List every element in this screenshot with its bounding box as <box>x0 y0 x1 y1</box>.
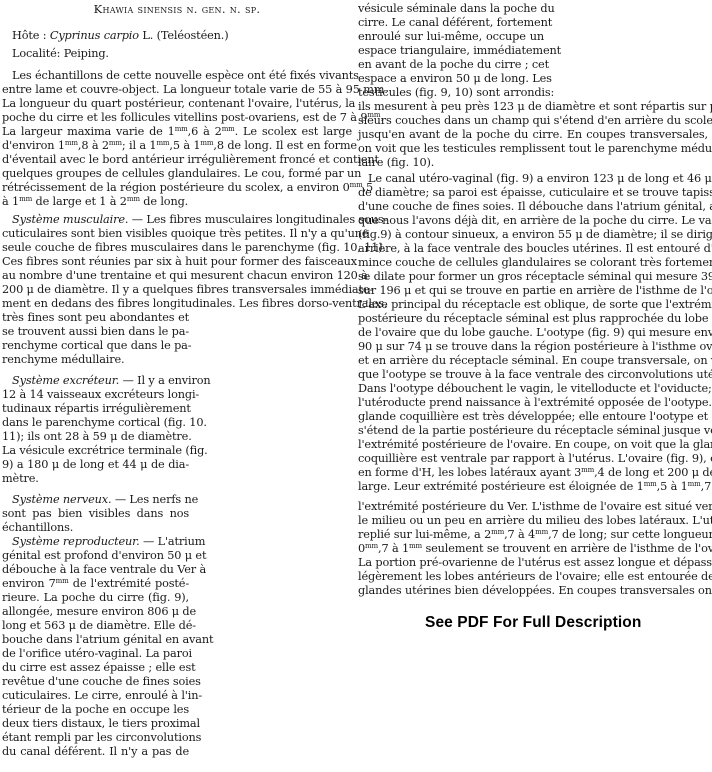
text-line: légèrement les lobes antérieurs de l'ova… <box>358 570 708 584</box>
text-line: à 1mm de large et 1 à 2mm de long. <box>2 195 188 209</box>
host-species: Cyprinus carpio <box>50 29 139 42</box>
text-line: allongée, mesure environ 806 μ de <box>2 605 189 619</box>
text-line: de l'ovaire que du lobe gauche. L'ootype… <box>358 326 708 340</box>
text-line: ment en dedans des fibres longitudinales… <box>2 297 352 311</box>
text-line: échantillons. <box>2 521 73 535</box>
text-line: 200 μ de diamètre. Il y a quelques fibre… <box>2 283 352 297</box>
text-line: Les échantillons de cette nouvelle espèc… <box>12 69 352 83</box>
text-line: le milieu ou un peu en arrière du milieu… <box>358 514 708 528</box>
text-line: La longueur du quart postérieur, contena… <box>2 97 352 111</box>
text-line: cuticulaires. Le cirre, enroulé à l'in- <box>2 689 189 703</box>
text-line: 9) a 180 μ de long et 44 μ de dia- <box>2 458 189 472</box>
text-line: dans le parenchyme cortical (fig. 10. <box>2 416 189 430</box>
text-line: testicules (fig. 9, 10) sont arrondis: <box>358 86 554 100</box>
text-line: on voit que les testicules remplissent t… <box>358 142 708 156</box>
text-line: très fines sont peu abondantes et <box>2 311 189 325</box>
text-line: vésicule séminale dans la poche du <box>358 2 544 16</box>
text-line: laire (fig. 10). <box>358 156 434 170</box>
text-line: ils mesurent à peu près 123 μ de diamètr… <box>358 100 708 114</box>
text-line: Système excréteur. — Il y a environ <box>12 374 189 388</box>
text-line: renchyme médullaire. <box>2 353 125 367</box>
text-line: deux tiers distaux, le tiers proximal <box>2 717 189 731</box>
text-line: Système nerveux. — Les nerfs ne <box>12 493 189 507</box>
text-line: cuticulaires sont bien visibles quoique … <box>2 227 352 241</box>
text-line: du cirre est assez épaisse ; elle est <box>2 661 189 675</box>
text-line: en forme d'H, les lobes latéraux ayant 3… <box>358 466 708 480</box>
host-line: Hôte : Cyprinus carpio L. (Teléostéen.) <box>12 29 228 43</box>
text-line: s'étend de la partie postérieure du réce… <box>358 424 708 438</box>
text-line: long et 563 μ de diamètre. Elle dé- <box>2 619 189 633</box>
text-line: poche du cirre et les follicules vitelli… <box>2 111 352 125</box>
text-line: glandes utérines bien développées. En co… <box>358 584 708 598</box>
host-rest: L. (Teléostéen.) <box>139 29 229 42</box>
text-line: d'une couche de fines soies. Il débouche… <box>358 200 708 214</box>
text-line: 90 μ sur 74 μ se trouve dans la région p… <box>358 340 708 354</box>
text-line: que l'ootype se trouve à la face ventral… <box>358 368 708 382</box>
text-line: que nous l'avons déjà dit, en arrière de… <box>358 214 708 228</box>
text-line: sieurs couches dans un champ qui s'étend… <box>358 114 708 128</box>
text-line: (fig.9) à contour sinueux, a environ 55 … <box>358 228 708 242</box>
text-line: débouche à la face ventrale du Ver à <box>2 563 189 577</box>
text-line: au nombre d'une trentaine et qui mesuren… <box>2 269 352 283</box>
text-line: arrière, à la face ventrale des boucles … <box>358 242 708 256</box>
text-line: glande coquillière est très développée; … <box>358 410 708 424</box>
text-line: 11); ils ont 28 à 59 μ de diamètre. <box>2 430 189 444</box>
text-line: replié sur lui-même, a 2mm,7 à 4mm,7 de … <box>358 528 708 542</box>
document-page: Khawia sinensis n. gen. n. sp. Hôte : Cy… <box>0 0 712 772</box>
text-line: térieur de la poche en occupe les <box>2 703 189 717</box>
text-line: génital est profond d'environ 50 μ et <box>2 549 189 563</box>
text-line: sur 196 μ et qui se trouve en partie en … <box>358 284 708 298</box>
text-line: rétrécissement de la région postérieure … <box>2 181 352 195</box>
text-line: cirre. Le canal déférent, fortement <box>358 16 544 30</box>
locality-line: Localité: Peiping. <box>12 47 109 61</box>
text-line: 0mm,7 à 1mm seulement se trouvent en arr… <box>358 542 708 556</box>
text-line: seule couche de fibres musculaires dans … <box>2 241 352 255</box>
text-line: entre lame et couvre-object. La longueur… <box>2 83 352 97</box>
text-line: La vésicule excrétrice terminale (fig. <box>2 444 189 458</box>
text-line: rieure. La poche du cirre (fig. 9), <box>2 591 189 605</box>
text-line: d'éventail avec le bord antérieur irrégu… <box>2 153 352 167</box>
text-line: La portion pré-ovarienne de l'utérus est… <box>358 556 708 570</box>
text-line: Dans l'ootype débouchent le vagin, le vi… <box>358 382 708 396</box>
text-line: L'axe principal du réceptacle est obliqu… <box>358 298 708 312</box>
text-line: se dilate pour former un gros réceptacle… <box>358 270 708 284</box>
text-line: se trouvent aussi bien dans le pa- <box>2 325 189 339</box>
text-line: de l'orifice utéro-vaginal. La paroi <box>2 647 189 661</box>
text-line: espace triangulaire, immédiatement <box>358 44 544 58</box>
text-line: étant rempli par les circonvolutions <box>2 731 189 745</box>
text-line: l'extrémité postérieure de l'ovaire. En … <box>358 438 708 452</box>
text-line: de diamètre; sa paroi est épaisse, cutic… <box>358 186 708 200</box>
section-heading: Système reproducteur. <box>12 535 140 548</box>
text-line: Système musculaire. — Les fibres muscula… <box>12 213 352 227</box>
text-line: bouche dans l'atrium génital en avant <box>2 633 189 647</box>
text-line: postérieure du réceptacle séminal est pl… <box>358 312 708 326</box>
text-line: revêtue d'une couche de fines soies <box>2 675 189 689</box>
section-heading: Système excréteur. <box>12 374 119 387</box>
host-label: Hôte : <box>12 29 50 42</box>
text-line: tudinaux répartis irrégulièrement <box>2 402 189 416</box>
text-line: Système reproducteur. — L'atrium <box>12 535 189 549</box>
text-line: d'environ 1mm,8 à 2mm; il a 1mm,5 à 1mm,… <box>2 139 352 153</box>
text-line: mince couche de cellules glandulaires se… <box>358 256 708 270</box>
text-line: renchyme cortical que dans le pa- <box>2 339 189 353</box>
text-line: enroulé sur lui-même, occupe un <box>358 30 544 44</box>
text-line: quelques groupes de cellules glandulaire… <box>2 167 352 181</box>
species-title: Khawia sinensis n. gen. n. sp. <box>2 2 352 16</box>
text-line: mètre. <box>2 472 39 486</box>
text-line: espace a environ 50 μ de long. Les <box>358 72 544 86</box>
text-line: Ces fibres sont réunies par six à huit p… <box>2 255 352 269</box>
text-line: Le canal utéro-vaginal (fig. 9) a enviro… <box>368 172 708 186</box>
text-line: l'utéroducte prend naissance à l'extrémi… <box>358 396 708 410</box>
text-line: La largeur maxima varie de 1mm,6 à 2mm. … <box>2 125 352 139</box>
see-pdf-notice: See PDF For Full Description <box>425 614 641 632</box>
text-line: environ 7mm de l'extrémité posté- <box>2 577 189 591</box>
text-line: du canal déférent. Il n'y a pas de <box>2 745 189 759</box>
text-line: sont pas bien visibles dans nos <box>2 507 189 521</box>
text-line: 12 à 14 vaisseaux excréteurs longi- <box>2 388 189 402</box>
section-heading: Système nerveux. <box>12 493 111 506</box>
text-line: en avant de la poche du cirre ; cet <box>358 58 544 72</box>
text-line: et en arrière du réceptacle séminal. En … <box>358 354 708 368</box>
text-line: large. Leur extrémité postérieure est él… <box>358 480 708 494</box>
text-line: l'extrémité postérieure du Ver. L'isthme… <box>358 500 708 514</box>
section-heading: Système musculaire. <box>12 213 128 226</box>
text-line: coquillière est ventrale par rapport à l… <box>358 452 708 466</box>
text-line: jusqu'en avant de la poche du cirre. En … <box>358 128 708 142</box>
